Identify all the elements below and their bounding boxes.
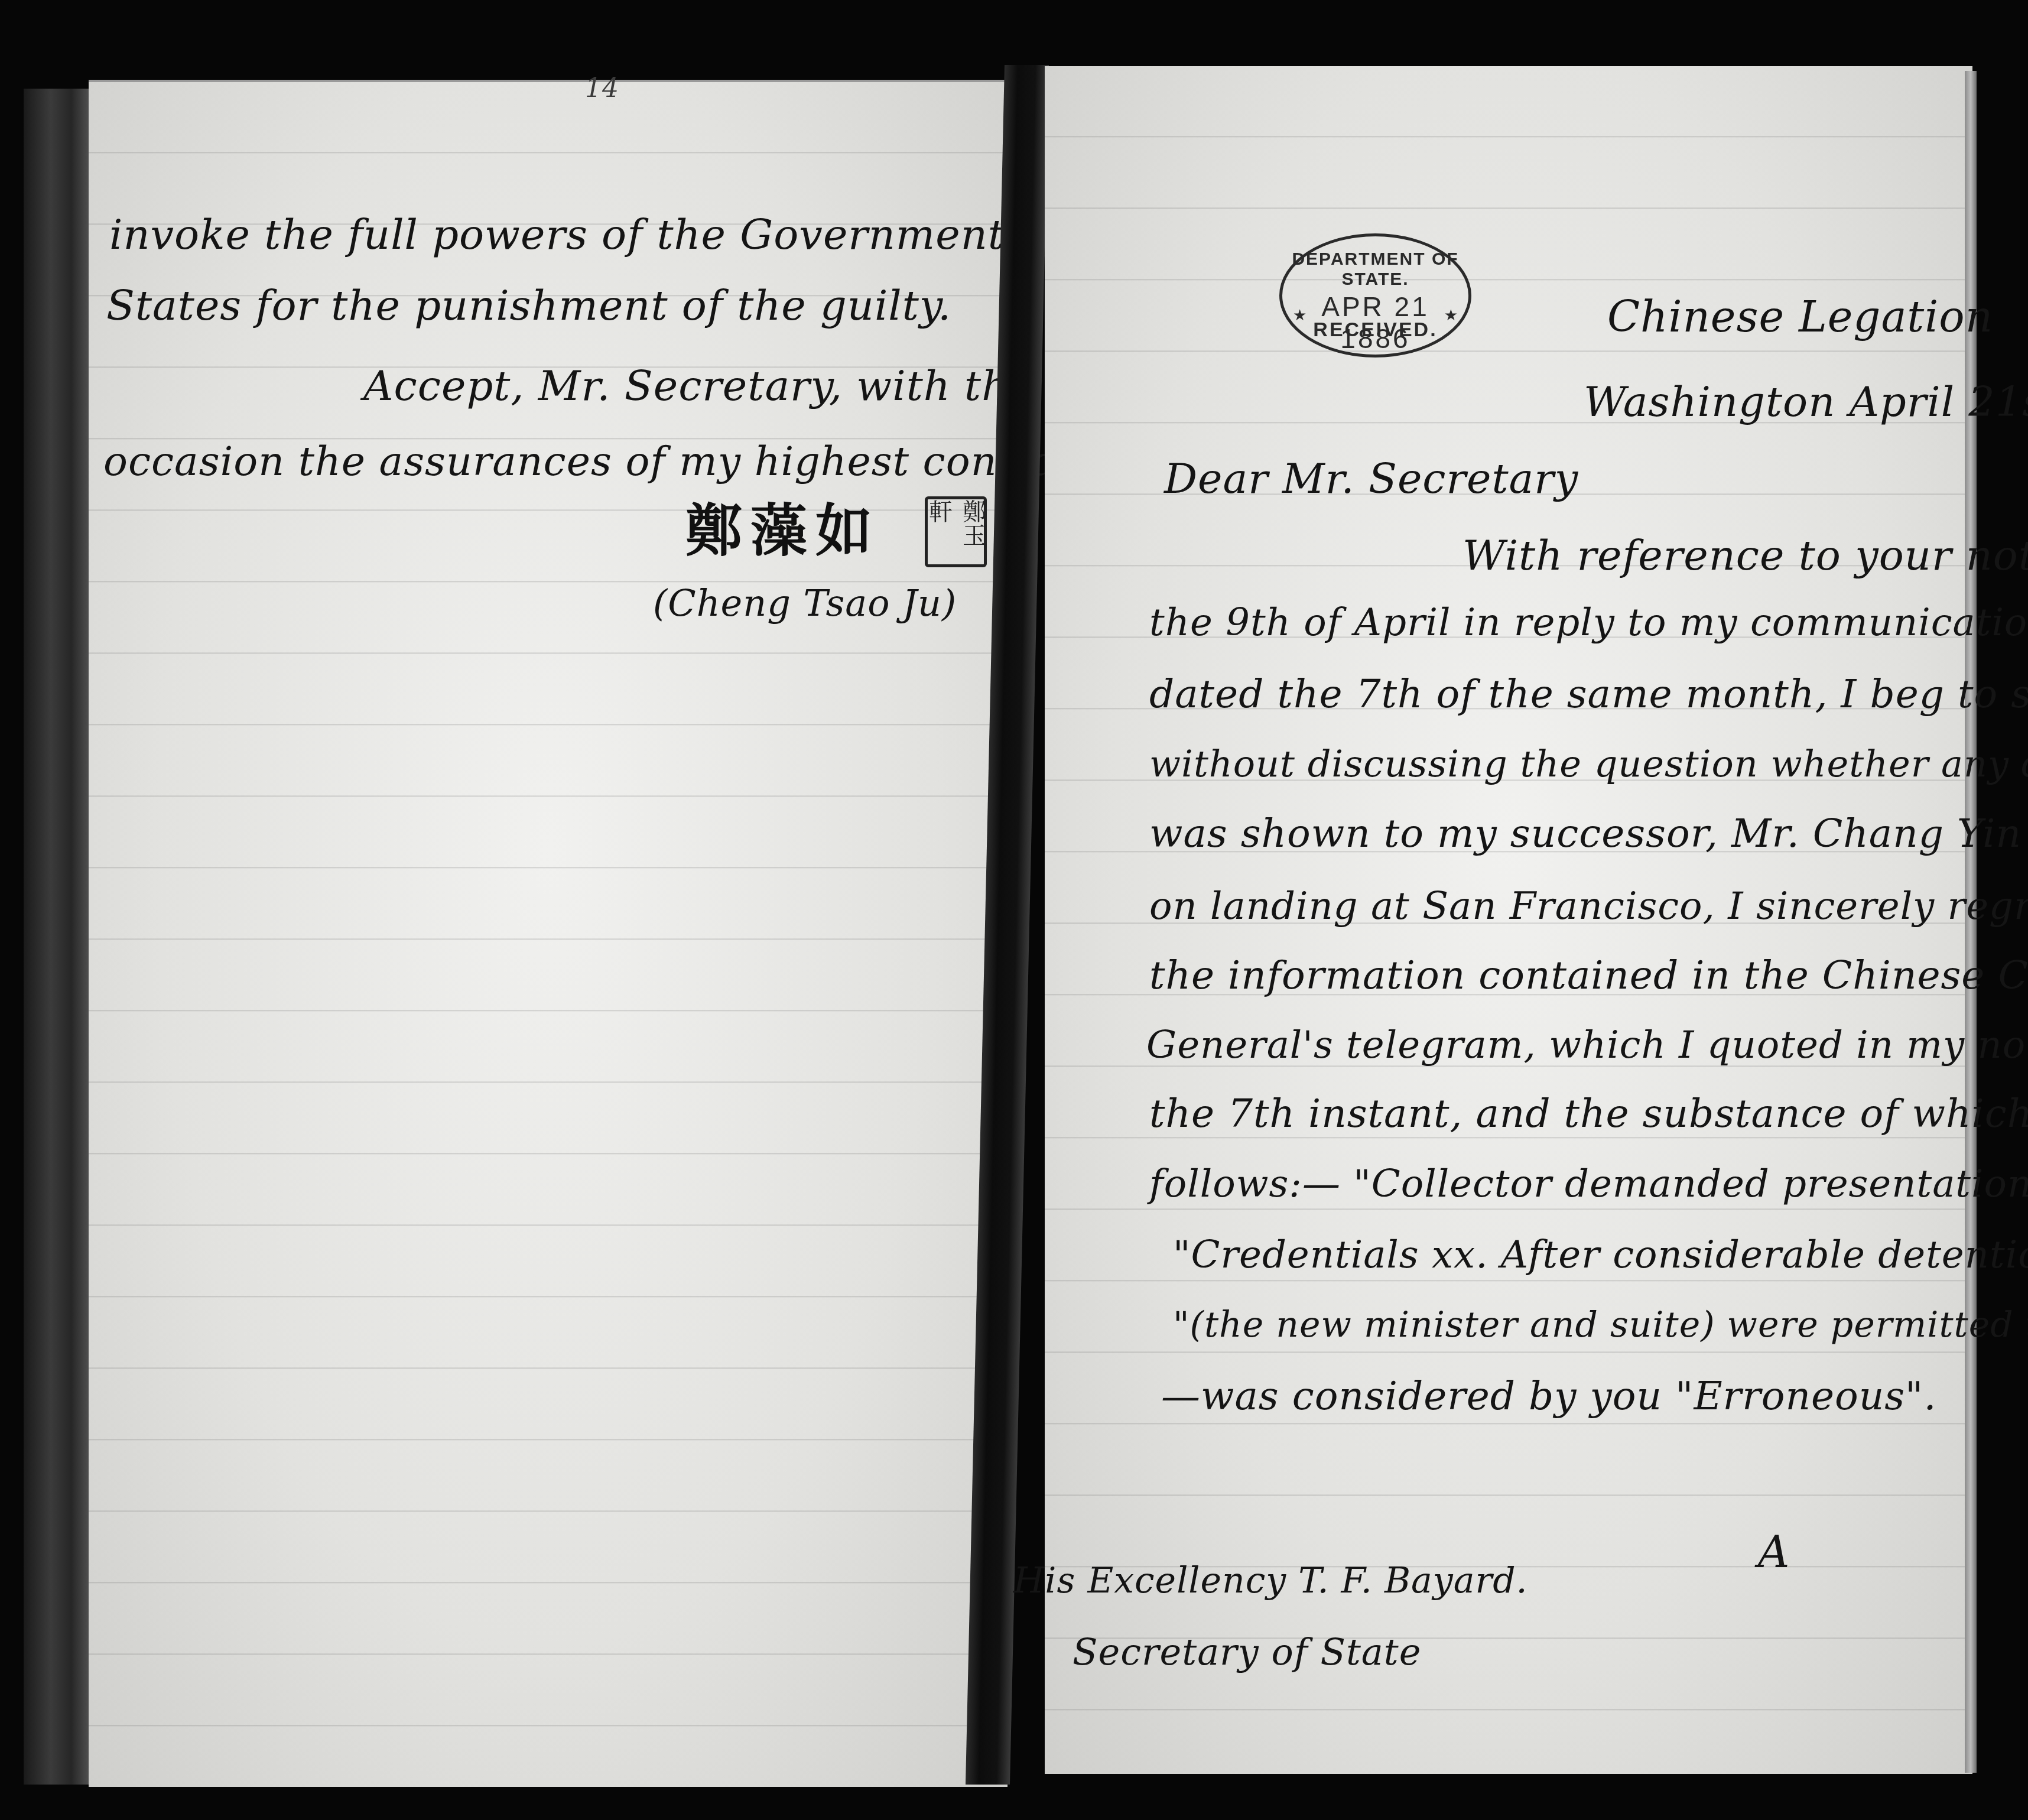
body-line-6: on landing at San Francisco, I sincerely… [1149,888,2028,925]
chinese-signature: 鄭藻如 [685,486,880,567]
body-line-13: —was considered by you "Erroneous". [1161,1377,1936,1416]
romanized-signature: (Cheng Tsao Ju) [653,585,957,622]
salutation: Dear Mr. Secretary [1164,458,1578,499]
dateline: Washington April 21st 1886 [1584,381,2028,422]
body-line-3: dated the 7th of the same month, I beg t… [1149,675,2028,714]
body-line-11: "Credentials xx. After considerable dete… [1173,1236,2028,1274]
left-line-2: States for the punishment of the guilty. [106,285,951,326]
legation-heading: Chinese Legation [1607,295,1993,338]
body-line-7: the information contained in the Chinese… [1149,956,2028,995]
addressee-name: His Excellency T. F. Bayard. [1013,1563,1528,1598]
addressee-title: Secretary of State [1072,1634,1421,1670]
left-page [89,80,1007,1787]
stamp-department-text: DEPARTMENT OF STATE. [1282,249,1468,290]
received-stamp: DEPARTMENT OF STATE. APR 21 1886 ★ ★ REC… [1279,233,1471,357]
body-line-2: the 9th of April in reply to my communic… [1149,604,2028,642]
body-line-1: With reference to your note of [1462,535,2028,576]
catchword: A [1758,1530,1790,1574]
body-line-10: follows:— "Collector demanded presentati… [1149,1165,2028,1203]
stamp-received-text: RECEIVED. [1282,318,1468,342]
body-line-8: General's telegram, which I quoted in my… [1146,1026,2028,1064]
body-line-5: was shown to my successor, Mr. Chang Yin… [1149,814,2028,853]
book-spine-edge [24,89,92,1785]
left-line-4: occasion the assurances of my highest co… [103,442,1208,482]
body-line-12: "(the new minister and suite) were permi… [1173,1307,2028,1343]
page-number: 14 [585,76,619,102]
body-line-9: the 7th instant, and the substance of wh… [1149,1094,2028,1133]
body-line-4: without discussing the question whether … [1149,746,2028,782]
seal-chop: 鄭玉軒 [925,496,987,567]
